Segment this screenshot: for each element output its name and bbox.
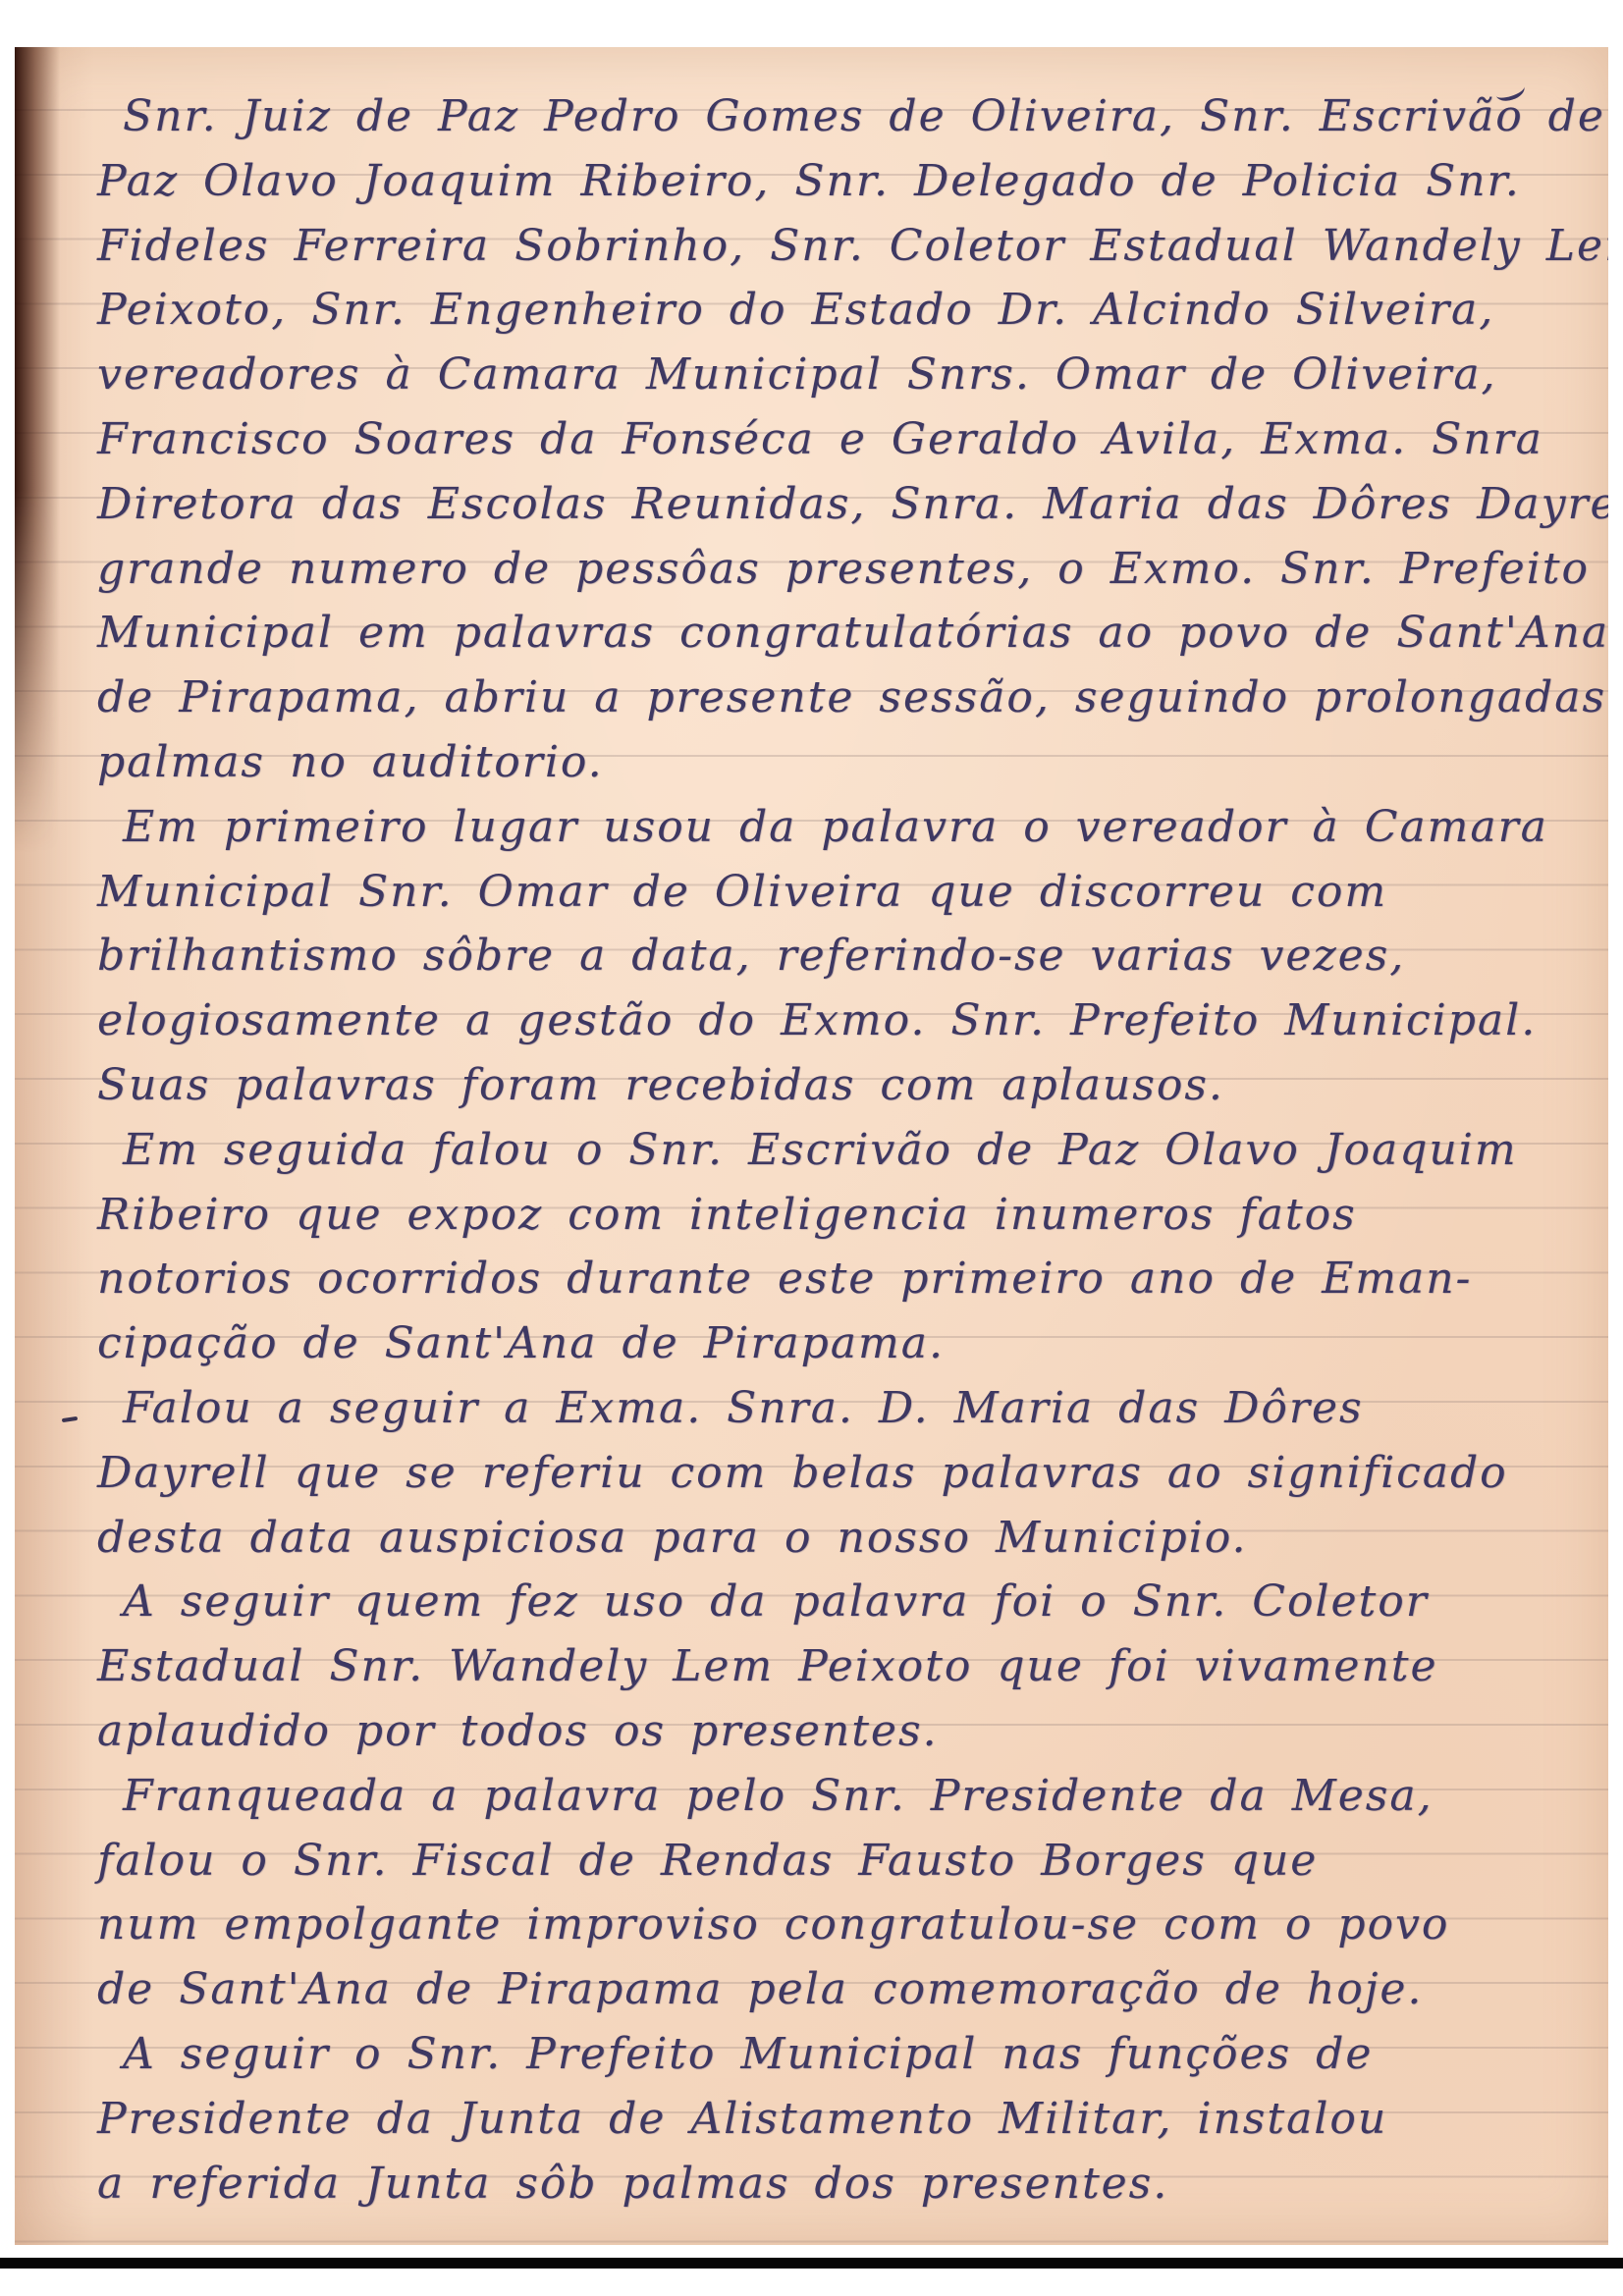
- handwritten-line: elogiosamente a gestão do Exmo. Snr. Pre…: [97, 988, 1589, 1053]
- handwritten-line: Ribeiro que expoz com inteligencia inume…: [97, 1183, 1589, 1248]
- handwritten-line: Falou a seguir a Exma. Snra. D. Maria da…: [97, 1376, 1589, 1441]
- handwritten-line: de Pirapama, abriu a presente sessão, se…: [97, 666, 1589, 730]
- handwritten-line: Em seguida falou o Snr. Escrivão de Paz …: [97, 1118, 1589, 1183]
- handwritten-line: Paz Olavo Joaquim Ribeiro, Snr. Delegado…: [97, 149, 1589, 214]
- handwritten-line: A seguir quem fez uso da palavra foi o S…: [97, 1570, 1589, 1634]
- handwritten-line: desta data auspiciosa para o nosso Munic…: [97, 1506, 1589, 1571]
- handwritten-line: Fideles Ferreira Sobrinho, Snr. Coletor …: [97, 214, 1589, 279]
- handwritten-line: Snr. Juiz de Paz Pedro Gomes de Oliveira…: [97, 84, 1589, 149]
- handwritten-line: Suas palavras foram recebidas com aplaus…: [97, 1053, 1589, 1118]
- notebook-page: Snr. Juiz de Paz Pedro Gomes de Oliveira…: [15, 47, 1608, 2245]
- handwritten-line: de Sant'Ana de Pirapama pela comemoração…: [97, 1957, 1589, 2022]
- handwritten-line: notorios ocorridos durante este primeiro…: [97, 1247, 1589, 1311]
- handwritten-line: Diretora das Escolas Reunidas, Snra. Mar…: [97, 472, 1589, 537]
- stray-ink-dash: [62, 1416, 78, 1422]
- handwritten-text-block: Snr. Juiz de Paz Pedro Gomes de Oliveira…: [97, 84, 1589, 2216]
- handwritten-line: cipação de Sant'Ana de Pirapama.: [97, 1311, 1589, 1376]
- handwritten-line: Dayrell que se referiu com belas palavra…: [97, 1441, 1589, 1506]
- scanner-black-bar: [0, 2258, 1623, 2269]
- handwritten-line: Municipal Snr. Omar de Oliveira que disc…: [97, 860, 1589, 925]
- handwritten-line: Francisco Soares da Fonséca e Geraldo Av…: [97, 407, 1589, 472]
- handwritten-line: num empolgante improviso congratulou-se …: [97, 1893, 1589, 1957]
- handwritten-line: aplaudido por todos os presentes.: [97, 1699, 1589, 1764]
- handwritten-line: Em primeiro lugar usou da palavra o vere…: [97, 795, 1589, 860]
- scanned-document: Snr. Juiz de Paz Pedro Gomes de Oliveira…: [0, 0, 1623, 2296]
- handwritten-line: grande numero de pessôas presentes, o Ex…: [97, 537, 1589, 602]
- book-gutter-shadow: [15, 47, 60, 852]
- handwritten-line: a referida Junta sôb palmas dos presente…: [97, 2152, 1589, 2216]
- handwritten-line: falou o Snr. Fiscal de Rendas Fausto Bor…: [97, 1829, 1589, 1894]
- handwritten-line: vereadores à Camara Municipal Snrs. Omar…: [97, 343, 1589, 407]
- handwritten-line: Estadual Snr. Wandely Lem Peixoto que fo…: [97, 1634, 1589, 1699]
- handwritten-line: Municipal em palavras congratulatórias a…: [97, 601, 1589, 666]
- handwritten-line: brilhantismo sôbre a data, referindo-se …: [97, 924, 1589, 988]
- handwritten-line: Franqueada a palavra pelo Snr. President…: [97, 1764, 1589, 1829]
- handwritten-line: Presidente da Junta de Alistamento Milit…: [97, 2087, 1589, 2152]
- handwritten-line: Peixoto, Snr. Engenheiro do Estado Dr. A…: [97, 278, 1589, 343]
- handwritten-line: palmas no auditorio.: [97, 730, 1589, 795]
- handwritten-line: A seguir o Snr. Prefeito Municipal nas f…: [97, 2022, 1589, 2087]
